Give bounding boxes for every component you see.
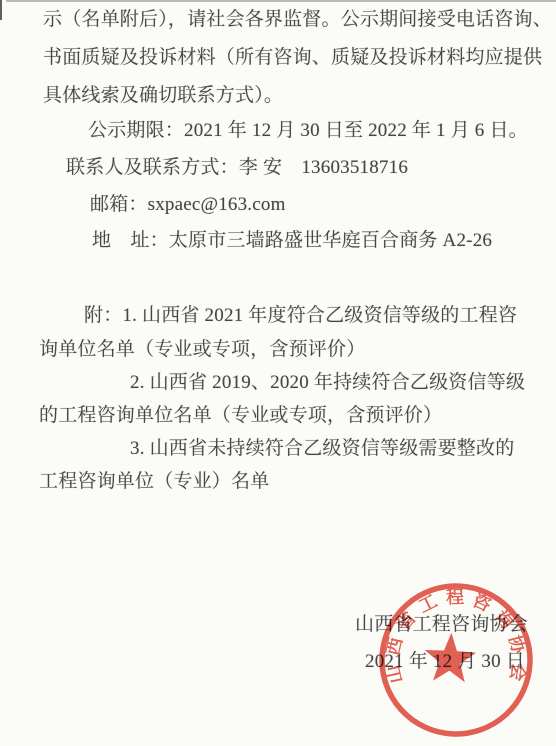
attachment-line-2: 2. 山西省 2019、2020 年持续符合乙级资信等级 bbox=[130, 372, 525, 394]
attachment-line-1: 附：1. 山西省 2021 年度符合乙级资信等级的工程咨 bbox=[84, 305, 517, 327]
text-line: 示（名单附后），请社会各界监督。公示期间接受电话咨询、 bbox=[43, 9, 552, 31]
contact-person-line: 联系人及联系方式：李 安 13603518716 bbox=[66, 157, 408, 179]
address-line: 地 址：太原市三墙路盛世华庭百合商务 A2-26 bbox=[92, 230, 492, 252]
seal-star-icon bbox=[423, 631, 477, 682]
scanned-document-page: 示（名单附后），请社会各界监督。公示期间接受电话咨询、 书面质疑及投诉材料（所有… bbox=[0, 0, 556, 746]
publicity-period-line: 公示期限：2021 年 12 月 30 日至 2022 年 1 月 6 日。 bbox=[88, 120, 528, 142]
attachment-line-3: 3. 山西省未持续符合乙级资信等级需要整改的 bbox=[130, 438, 514, 460]
text-line: 书面质疑及投诉材料（所有咨询、质疑及投诉材料均应提供 bbox=[43, 47, 542, 69]
text-line: 具体线索及确切联系方式）。 bbox=[43, 85, 283, 107]
attachment-line-2-cont: 的工程咨询单位名单（专业或专项，含预评价） bbox=[39, 405, 442, 427]
email-line: 邮箱：sxpaec@163.com bbox=[90, 194, 286, 216]
scan-edge-top bbox=[6, 0, 556, 2]
attachment-line-1-cont: 询单位名单（专业或专项，含预评价） bbox=[39, 339, 365, 361]
attachment-line-3-cont: 工程咨询单位（专业）名单 bbox=[39, 471, 269, 493]
scan-edge-left-tick bbox=[0, 0, 2, 20]
official-seal: 山西省工程咨询协会 bbox=[366, 570, 546, 746]
